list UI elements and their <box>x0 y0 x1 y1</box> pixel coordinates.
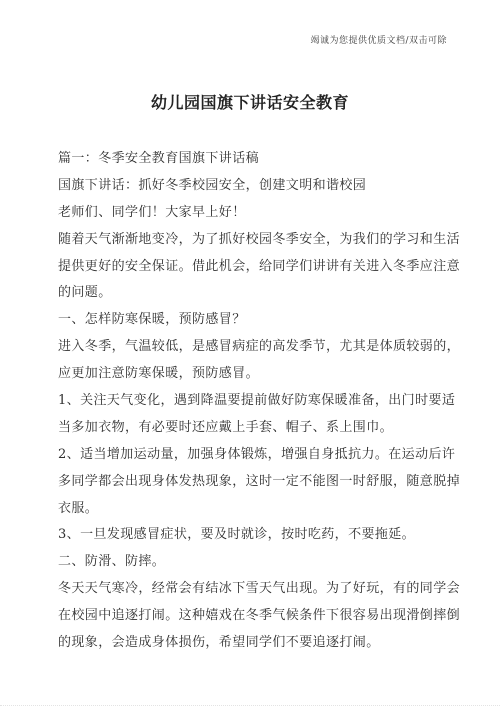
document-page: 竭诚为您提供优质文档/双击可除 幼儿园国旗下讲话安全教育 篇一：冬季安全教育国旗… <box>0 0 500 708</box>
text-line: 的问题。 <box>58 280 448 307</box>
text-line: 二、防滑、防摔。 <box>58 549 448 576</box>
text-line: 老师们、同学们！大家早上好！ <box>58 200 448 227</box>
page-bottom-edge <box>0 705 500 706</box>
text-line: 进入冬季，气温较低，是感冒病症的高发季节，尤其是体质较弱的， <box>58 334 448 361</box>
text-line: 的现象，会造成身体损伤，希望同学们不要追逐打闹。 <box>58 630 448 657</box>
text-line: 随着天气渐渐地变冷，为了抓好校园冬季安全，为我们的学习和生活 <box>58 227 448 254</box>
text-line: 3、一旦发现感冒症状，要及时就诊，按时吃药，不要拖延。 <box>58 522 448 549</box>
text-line: 在校园中追逐打闹。这种嬉戏在冬季气候条件下很容易出现滑倒摔倒 <box>58 603 448 630</box>
text-line: 冬天天气寒冷，经常会有结冰下雪天气出现。为了好玩，有的同学会 <box>58 576 448 603</box>
text-line: 提供更好的安全保证。借此机会，给同学们讲讲有关进入冬季应注意 <box>58 254 448 281</box>
text-line: 衣服。 <box>58 496 448 523</box>
text-line: 多同学都会出现身体发热现象，这时一定不能图一时舒服，随意脱掉 <box>58 469 448 496</box>
text-line: 应更加注意防寒保暖，预防感冒。 <box>58 361 448 388</box>
document-body: 篇一：冬季安全教育国旗下讲话稿国旗下讲话：抓好冬季校园安全，创建文明和谐校园老师… <box>58 146 448 657</box>
text-line: 篇一：冬季安全教育国旗下讲话稿 <box>58 146 448 173</box>
text-line: 当多加衣物，有必要时还应戴上手套、帽子、系上围巾。 <box>58 415 448 442</box>
text-line: 2、适当增加运动量，加强身体锻炼，增强自身抵抗力。在运动后许 <box>58 442 448 469</box>
text-line: 国旗下讲话：抓好冬季校园安全，创建文明和谐校园 <box>58 173 448 200</box>
text-line: 一、怎样防寒保暖，预防感冒？ <box>58 307 448 334</box>
header-note: 竭诚为您提供优质文档/双击可除 <box>310 33 447 46</box>
text-line: 1、关注天气变化，遇到降温要提前做好防寒保暖准备，出门时要适 <box>58 388 448 415</box>
page-title: 幼儿园国旗下讲话安全教育 <box>0 90 500 113</box>
